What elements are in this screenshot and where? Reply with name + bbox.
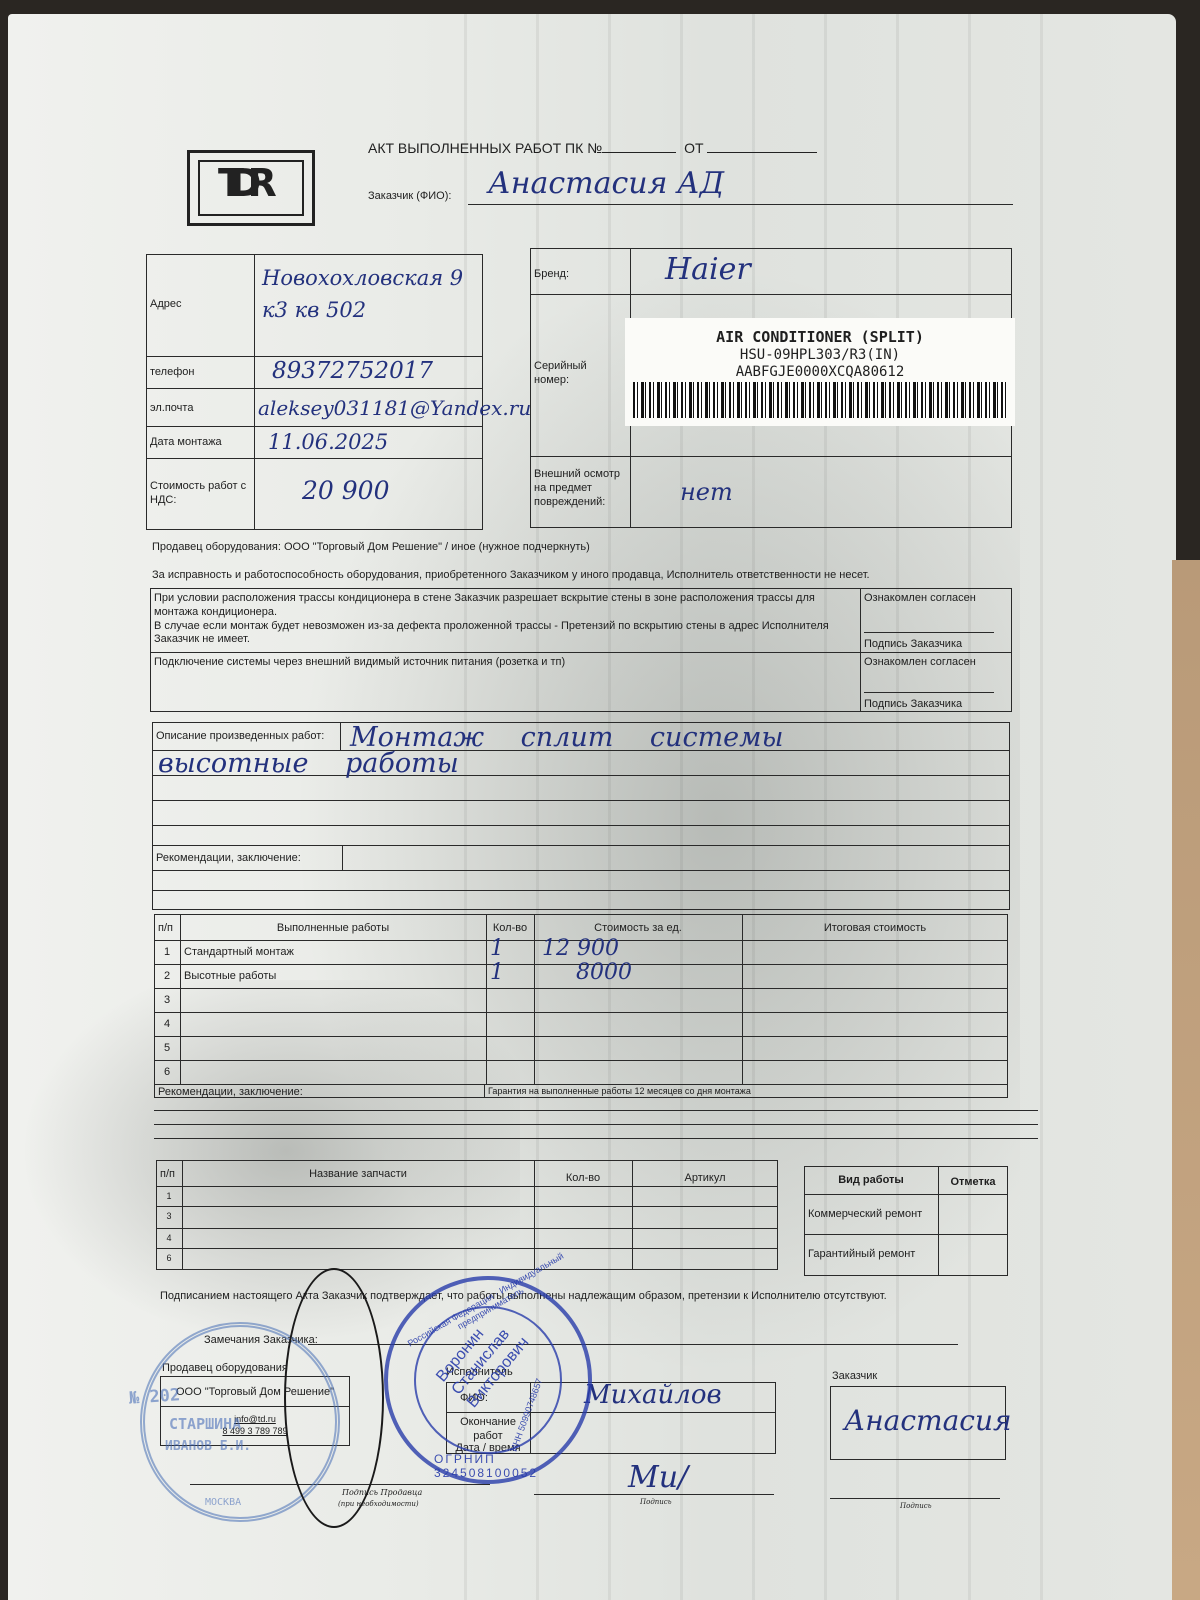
warranty-repair-mark[interactable] [948,1244,998,1266]
row-number: 6 [154,1066,180,1080]
seller-note: Продавец оборудования: ООО "Торговый Дом… [152,541,590,555]
customer-signature-name[interactable]: Анастасия [844,1404,1012,1437]
sticker-serial: AABFGJE0000XCQA80612 [625,364,1015,380]
executor-sign-label: Подпись [640,1498,672,1507]
condition-2-text: Подключение системы через внешний видимы… [154,656,565,670]
parts-col-article: Артикул [632,1172,778,1186]
serial-label: Серийный номер: [534,360,624,388]
company-logo: TDR [187,150,315,226]
customer-sign-bottom-label: Подпись [900,1502,932,1511]
row-unit-price[interactable]: 12 900 [542,936,738,961]
phone-label: телефон [150,366,194,380]
act-number-field[interactable] [602,152,676,153]
act-date-field[interactable] [707,152,817,153]
condition-1-sign[interactable]: Подпись Заказчика [864,638,962,652]
liability-note: За исправность и работоспособность обору… [152,569,870,583]
brand-label: Бренд: [534,268,569,282]
inspection-value[interactable]: нет [680,478,733,506]
parts-row-number: 1 [156,1191,182,1202]
barcode [633,382,1007,418]
parts-row-number: 6 [156,1253,182,1264]
condition-1-text: При условии расположения трассы кондицио… [154,592,854,647]
address-value[interactable]: Новохохловская 9 к3 кв 502 [262,262,482,326]
serial-sticker: AIR CONDITIONER (SPLIT) HSU-09HPL303/R3(… [625,318,1015,426]
row-qty[interactable]: 1 [490,960,530,985]
cost-value[interactable]: 20 900 [302,476,389,505]
parts-col-name: Название запчасти [182,1168,534,1182]
col-number: п/п [158,922,173,936]
row-number: 3 [154,994,180,1008]
customer-sign-line[interactable] [830,1498,1000,1499]
parts-col-qty: Кол-во [534,1172,632,1186]
inspection-label: Внешний осмотр на предмет повреждений: [534,468,630,509]
commercial-repair-mark[interactable] [948,1204,998,1226]
executor-sign-line[interactable] [534,1494,774,1495]
cost-label: Стоимость работ с НДС: [150,480,250,508]
works-recommend-label: Рекомендации, заключение: [158,1086,303,1100]
work-type-col: Вид работы [804,1174,938,1188]
executor-fio-value[interactable]: Михайлов [584,1380,722,1410]
logo-text: TDR [218,161,263,205]
sticker-title: AIR CONDITIONER (SPLIT) [625,328,1015,346]
parts-row-number: 4 [156,1233,182,1244]
description-line-2[interactable]: высотные работы [158,748,459,779]
row-number: 1 [154,946,180,960]
email-label: эл.почта [150,402,193,416]
condition-1-agree: Ознакомлен согласен [864,592,976,606]
condition-2-agree: Ознакомлен согласен [864,656,976,670]
customer-sign-label: Заказчик [832,1370,877,1384]
page-title: АКТ ВЫПОЛНЕННЫХ РАБОТ ПК № ОТ [368,140,817,156]
description-label: Описание произведенных работ: [156,730,324,744]
row-qty[interactable]: 1 [490,936,530,961]
parts-row-number: 3 [156,1211,182,1222]
customer-label: Заказчик (ФИО): [368,190,451,202]
mark-col: Отметка [938,1176,1008,1190]
confirmation-text: Подписанием настоящего Акта Заказчик под… [160,1290,1010,1304]
install-date-value[interactable]: 11.06.2025 [268,430,388,454]
executor-round-stamp: Российская Федерация · Индивидуальный пр… [384,1276,592,1484]
col-works: Выполненные работы [180,922,486,936]
table-surface [1172,560,1200,1600]
phone-value[interactable]: 89372752017 [272,358,433,384]
email-value[interactable]: aleksey031181@Yandex.ru [258,396,531,420]
executor-signature[interactable]: Mu∕ [628,1460,688,1495]
address-label: Адрес [150,298,182,312]
sticker-model: HSU-09HPL303/R3(IN) [625,347,1015,363]
col-total: Итоговая стоимость [742,922,1008,936]
brand-value[interactable]: Haier [665,252,751,287]
warranty-text: Гарантия на выполненные работы 12 месяце… [488,1086,751,1097]
row-work-name[interactable]: Стандартный монтаж [184,946,484,960]
recommend-label: Рекомендации, заключение: [156,852,301,866]
row-number: 2 [154,970,180,984]
col-unit-price: Стоимость за ед. [534,922,742,936]
warranty-repair: Гарантийный ремонт [808,1248,915,1262]
customer-name[interactable]: Анастасия АД [488,166,724,201]
parts-col-number: п/п [160,1168,175,1182]
condition-2-sign[interactable]: Подпись Заказчика [864,698,962,712]
commercial-repair: Коммерческий ремонт [808,1208,922,1222]
row-unit-price[interactable]: 8000 [542,960,772,985]
col-qty: Кол-во [486,922,534,936]
row-number: 5 [154,1042,180,1056]
install-date-label: Дата монтажа [150,436,222,450]
row-number: 4 [154,1018,180,1032]
row-work-name[interactable]: Высотные работы [184,970,484,984]
seller-signature-loop [284,1268,384,1528]
